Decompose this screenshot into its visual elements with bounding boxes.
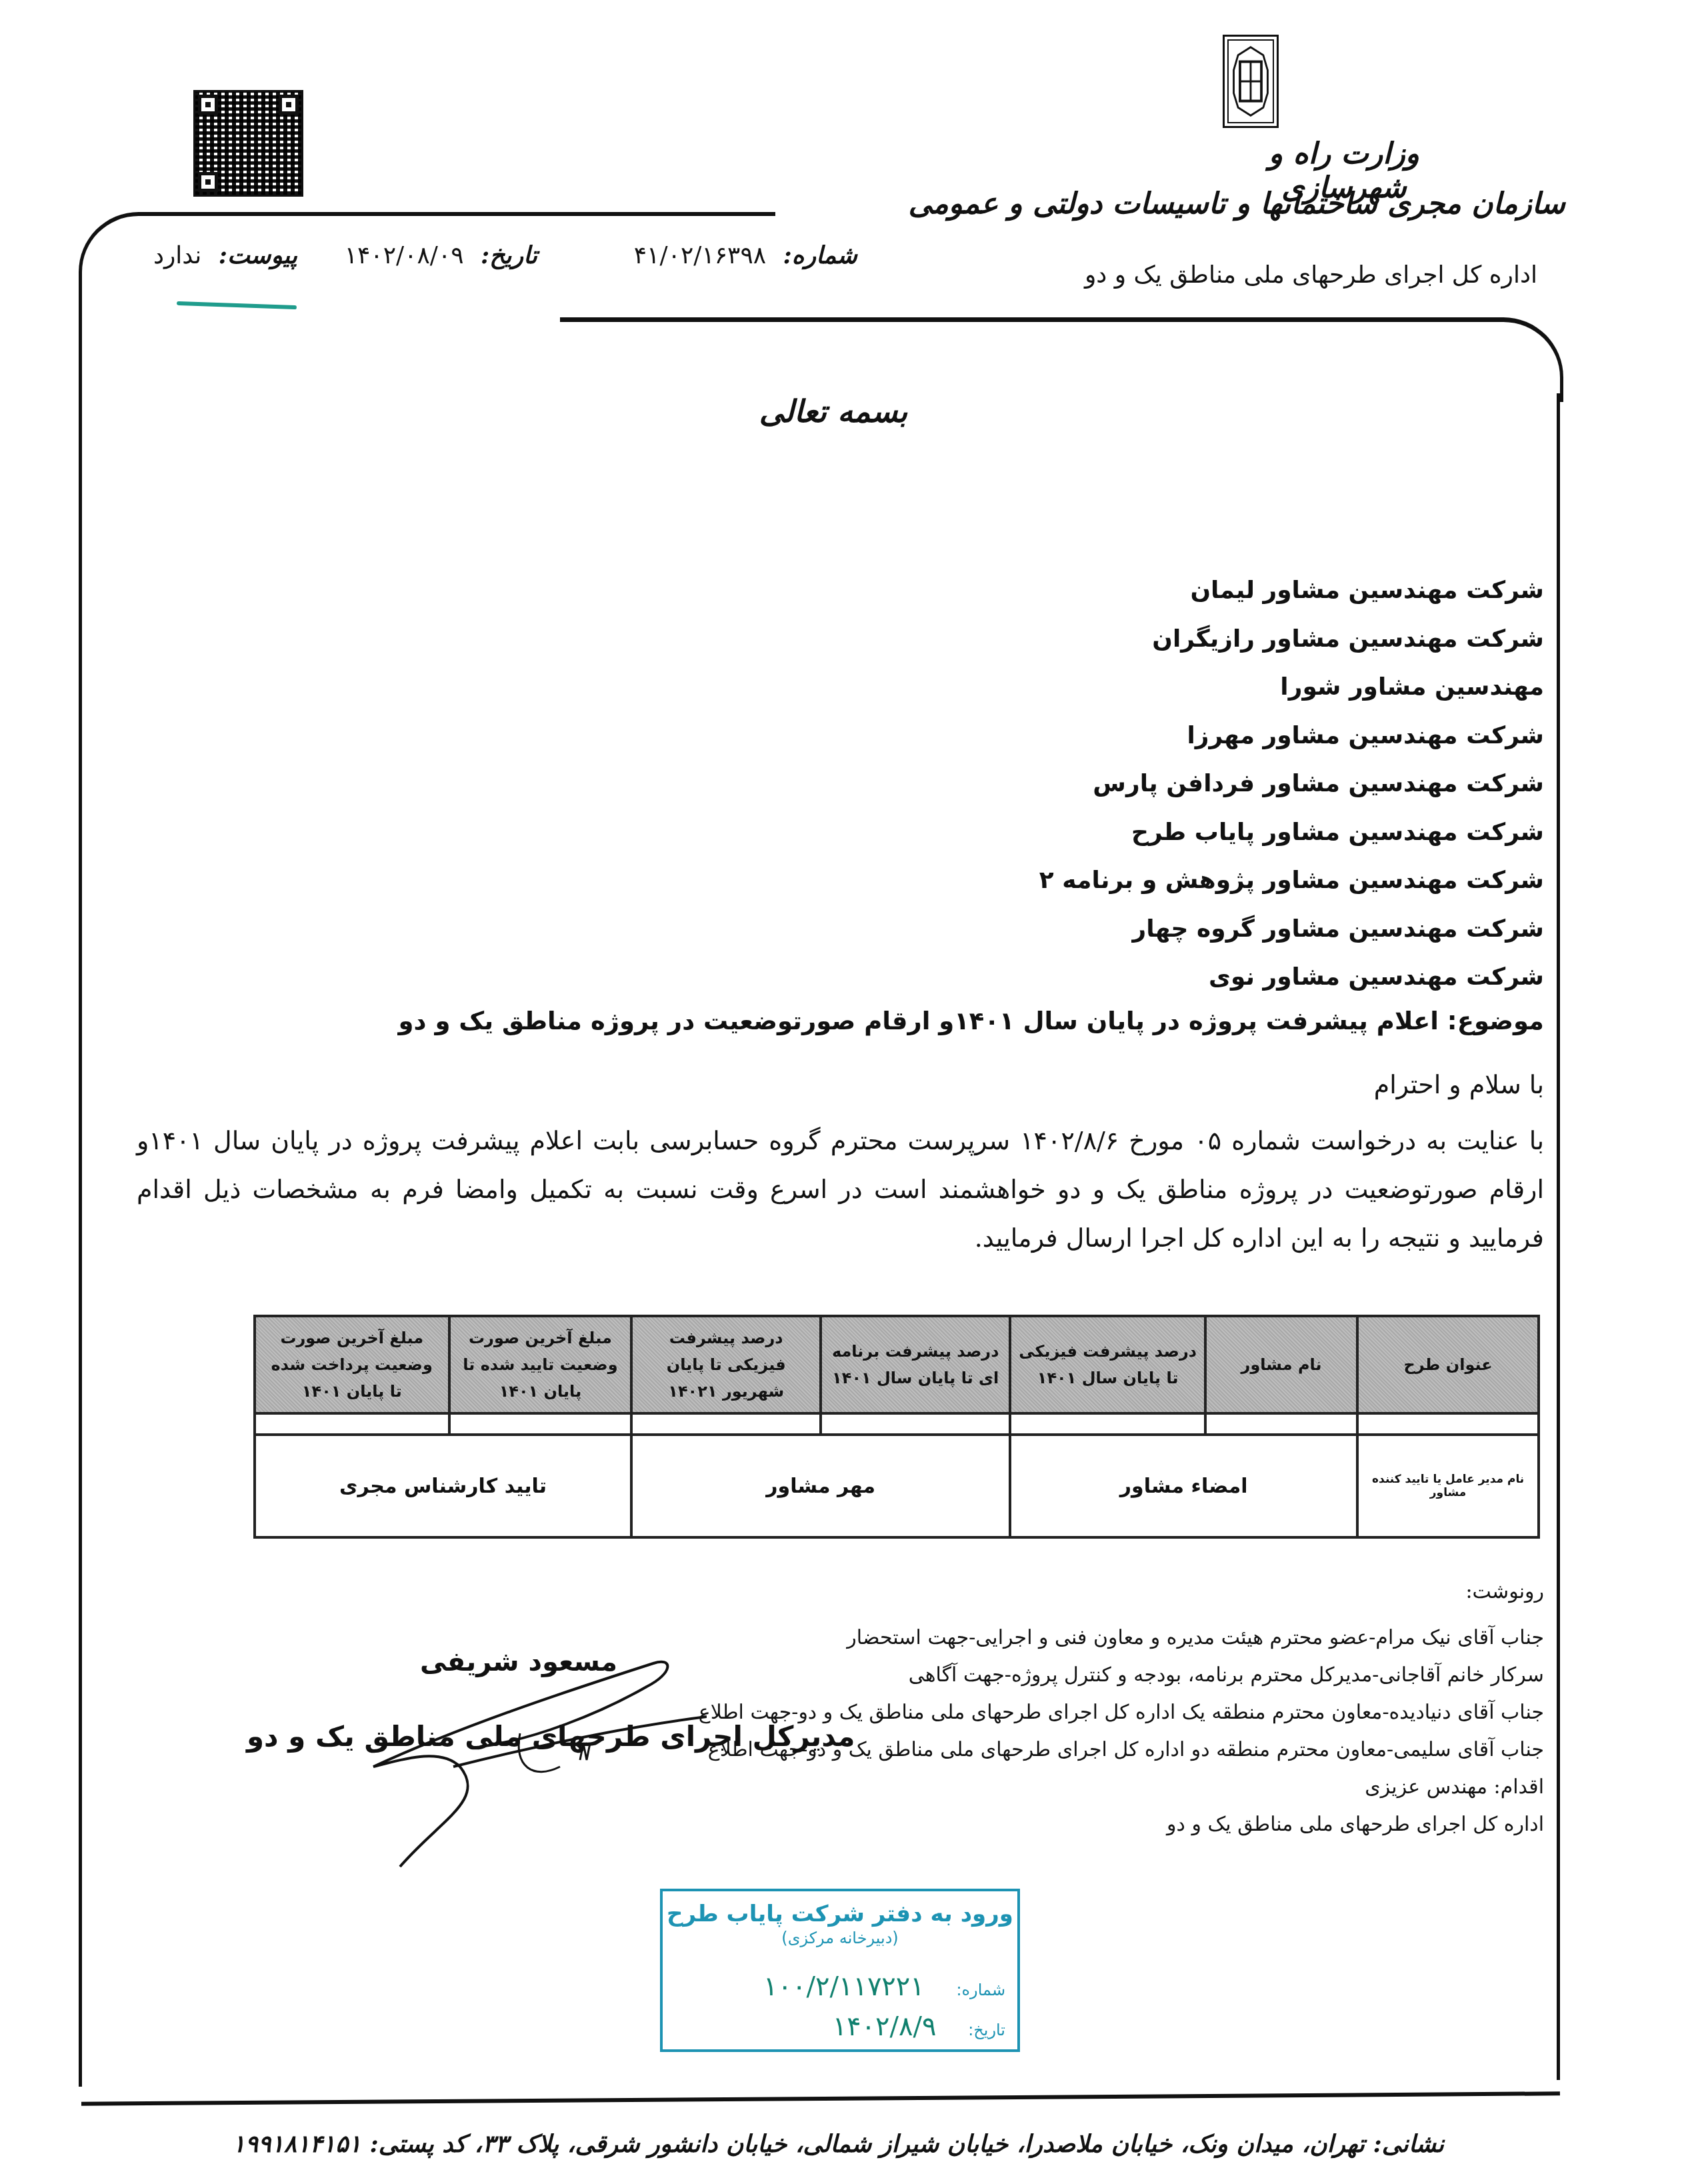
cc-line: جناب آقای نیک مرام-عضو محترم هیئت مدیره … (677, 1619, 1544, 1657)
recipient-item: شرکت مهندسین مشاور گروه چهار (877, 905, 1544, 954)
col-paid-statement-amount: مبلغ آخرین صورت وضعیت پرداخت شده تا پایا… (255, 1316, 449, 1413)
cc-department: اداره کل اجرای طرحهای ملی مناطق یک و دو (677, 1806, 1544, 1843)
col-project-title: عنوان طرح (1357, 1316, 1539, 1413)
stamp-title: ورود به دفتر شرکت پایاب طرح (663, 1901, 1017, 1927)
recipient-item: مهندسین مشاور شورا (877, 663, 1544, 712)
attachment-label: پیوست: (219, 241, 297, 269)
letter-date-label: تاریخ: (481, 241, 537, 269)
letter-number-value: ۴۱/۰۲/۱۶۳۹۸ (634, 242, 766, 269)
stamp-number-value: ۱۰۰/۲/۱۱۷۲۲۱ (763, 1971, 925, 2002)
cc-section: رونوشت: جناب آقای نیک مرام-عضو محترم هیئ… (677, 1580, 1544, 1843)
cell-approved-statement-amount[interactable] (449, 1413, 632, 1435)
organization-name: سازمان مجری ساختمانها و تاسیسات دولتی و … (909, 187, 1566, 221)
signature-row: نام مدیر عامل یا تایید کننده مشاور امضاء… (255, 1435, 1539, 1537)
cell-physical-progress-1402[interactable] (631, 1413, 821, 1435)
cell-physical-progress-1401[interactable] (1010, 1413, 1205, 1435)
recipient-item: شرکت مهندسین مشاور لیمان (877, 567, 1544, 615)
consultant-signature-field[interactable]: امضاء مشاور (1010, 1435, 1357, 1537)
window-emblem-icon (1223, 35, 1279, 128)
progress-form-table: عنوان طرح نام مشاور درصد پیشرفت فیزیکی ت… (253, 1315, 1540, 1539)
col-approved-statement-amount: مبلغ آخرین صورت وضعیت تایید شده تا پایان… (449, 1316, 632, 1413)
letter-date-value: ۱۴۰۲/۰۸/۰۹ (345, 242, 464, 269)
stamp-date: تاریخ: ۱۴۰۲/۸/۹ (833, 2011, 1005, 2042)
frame-border (81, 2091, 1560, 2105)
qr-code-icon (193, 90, 303, 197)
stamp-subtitle: (دبیرخانه مرکزی) (663, 1929, 1017, 1947)
cell-project-title[interactable] (1357, 1413, 1539, 1435)
cc-line: سرکار خانم آقاجانی-مدیرکل محترم برنامه، … (677, 1657, 1544, 1694)
department-name: اداره کل اجرای طرحهای ملی مناطق یک و دو (1085, 261, 1537, 289)
footer-address: نشانی: تهران، میدان ونک، خیابان ملاصدرا،… (232, 2130, 1444, 2158)
greeting: با سلام و احترام (1374, 1070, 1544, 1099)
col-planned-progress-1401: درصد پیشرفت برنامه ای تا پایان سال ۱۴۰۱ (821, 1316, 1010, 1413)
letter-number: شماره: ۴۱/۰۲/۱۶۳۹۸ (634, 241, 857, 269)
letter-attachment: پیوست: ندارد (153, 241, 297, 269)
cc-title: رونوشت: (677, 1580, 1544, 1603)
bismillah-heading: بسمه تعالی (733, 393, 933, 429)
col-physical-progress-1401: درصد پیشرفت فیزیکی تا پایان سال ۱۴۰۱ (1010, 1316, 1205, 1413)
ceo-name-field[interactable]: نام مدیر عامل یا تایید کننده مشاور (1357, 1435, 1539, 1537)
signer-title: مدیرکل اجرای طرحهای ملی مناطق یک و دو (247, 1720, 855, 1753)
table-row (255, 1413, 1539, 1435)
recipient-item: شرکت مهندسین مشاور مهرزا (877, 712, 1544, 761)
stamp-date-value: ۱۴۰۲/۸/۹ (833, 2011, 937, 2042)
letter-subject: موضوع: اعلام پیشرفت پروژه در پایان سال ۱… (399, 1007, 1544, 1035)
cell-consultant-name[interactable] (1205, 1413, 1357, 1435)
recipient-item: شرکت مهندسین مشاور پایاب طرح (877, 809, 1544, 857)
letter-number-label: شماره: (783, 241, 857, 269)
stamp-date-label: تاریخ: (968, 2021, 1005, 2039)
recipient-item: شرکت مهندسین مشاور فردافن پارس (877, 760, 1544, 809)
frame-border (1557, 393, 1560, 2080)
recipient-item: شرکت مهندسین مشاور رازیگران (877, 615, 1544, 664)
cell-paid-statement-amount[interactable] (255, 1413, 449, 1435)
letter-date: تاریخ: ۱۴۰۲/۰۸/۰۹ (345, 241, 537, 269)
body-paragraph: با عنایت به درخواست شماره ۰۵ مورخ ۱۴۰۲/۸… (137, 1117, 1544, 1263)
cc-action: اقدام: مهندس عزیزی (677, 1769, 1544, 1806)
received-stamp: ورود به دفتر شرکت پایاب طرح (دبیرخانه مر… (660, 1889, 1020, 2052)
stamp-number: شماره: ۱۰۰/۲/۱۱۷۲۲۱ (763, 1971, 1005, 2002)
handwritten-signature-icon (360, 1647, 707, 1880)
col-physical-progress-1402: درصد پیشرفت فیزیکی تا پایان شهریور ۱۴۰۲۱ (631, 1316, 821, 1413)
frame-border (560, 317, 1563, 402)
signer-name: مسعود شریفی (420, 1647, 617, 1677)
recipient-list: شرکت مهندسین مشاور لیمان شرکت مهندسین مش… (877, 567, 1544, 1002)
col-consultant-name: نام مشاور (1205, 1316, 1357, 1413)
recipient-item: شرکت مهندسین مشاور پژوهش و برنامه ۲ (877, 857, 1544, 905)
table-header-row: عنوان طرح نام مشاور درصد پیشرفت فیزیکی ت… (255, 1316, 1539, 1413)
attachment-value: ندارد (153, 242, 201, 269)
executor-approval-field[interactable]: تایید کارشناس مجری (255, 1435, 631, 1537)
consultant-seal-field[interactable]: مهر مشاور (631, 1435, 1010, 1537)
recipient-item: شرکت مهندسین مشاور نوی (877, 953, 1544, 1002)
frame-border (79, 333, 82, 2087)
stamp-number-label: شماره: (956, 1981, 1005, 1999)
cell-planned-progress-1401[interactable] (821, 1413, 1010, 1435)
